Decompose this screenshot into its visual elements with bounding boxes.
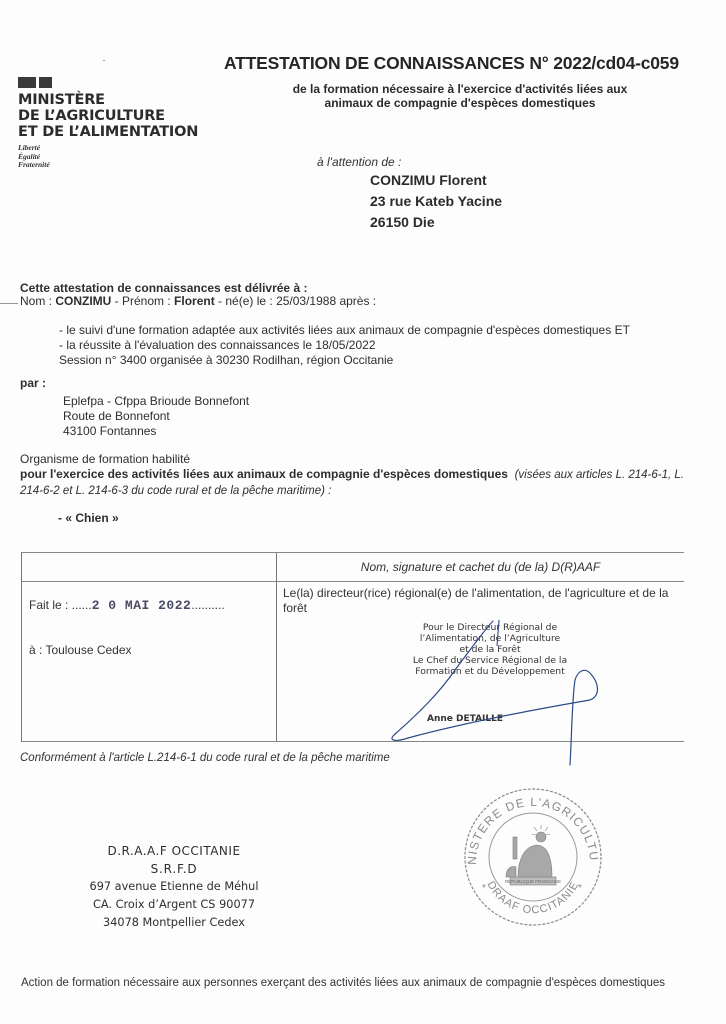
director-title: Le(la) directeur(rice) régional(e) de l'… <box>283 586 678 616</box>
subtitle-line-1: de la formation nécessaire à l'exercice … <box>260 82 660 96</box>
org-name: Eplefpa - Cfppa Brioude Bonnefont <box>63 394 249 409</box>
delegation-line: Formation et du Développement <box>370 666 610 677</box>
activities-text: pour l'exercice des activités liées aux … <box>20 467 508 481</box>
holder-first-name: Florent <box>174 294 215 308</box>
training-organisation: Eplefpa - Cfppa Brioude Bonnefont Route … <box>63 394 249 439</box>
criteria-item: - la réussite à l'évaluation des connais… <box>59 338 630 353</box>
scan-speck <box>103 60 105 61</box>
table-divider <box>276 553 277 741</box>
delegation-line: et de la Forêt <box>370 644 610 655</box>
prenom-label: - Prénom : <box>111 294 174 308</box>
svg-text:*: * <box>578 883 582 894</box>
sender-address: D.R.A.A.F OCCITANIE S.R.F.D 697 avenue E… <box>74 842 274 932</box>
ministry-line: MINISTÈRE <box>18 92 198 108</box>
attention-label: à l'attention de : <box>317 155 401 169</box>
habilitation-label: Organisme de formation habilité <box>20 452 190 467</box>
republic-motto: Liberté Égalité Fraternité <box>18 144 198 170</box>
species-item: - « Chien » <box>58 511 119 526</box>
issue-date-stamp: 2 0 MAI 2022 <box>92 598 192 613</box>
sender-box: CA. Croix d’Argent CS 90077 <box>74 896 274 914</box>
ministry-line: DE L’AGRICULTURE <box>18 108 198 124</box>
fait-le-label: Fait le : ...... <box>29 598 92 612</box>
signer-name: Anne DETAILLE <box>427 714 503 724</box>
seal-band-text: REPUBLIQUE FRANCAISE <box>505 879 561 884</box>
nom-label: Nom : <box>20 294 55 308</box>
document-title: ATTESTATION DE CONNAISSANCES N° 2022/cd0… <box>224 53 679 74</box>
issue-place: à : Toulouse Cedex <box>29 643 132 657</box>
criteria-item: - le suivi d'une formation adaptée aux a… <box>59 323 630 338</box>
sender-city: 34078 Montpellier Cedex <box>74 914 274 932</box>
table-header-signature: Nom, signature et cachet du (de la) D(R)… <box>277 553 684 581</box>
svg-text:*: * <box>482 883 486 894</box>
holder-last-name: CONZIMU <box>55 294 111 308</box>
issue-date-field: Fait le : ......2 0 MAI 2022.......... <box>29 598 225 613</box>
birth-date: 25/03/1988 <box>276 294 336 308</box>
official-seal-icon: MINISTERE DE L'AGRICULTURE DRAAF OCCITAN… <box>458 785 608 930</box>
delegation-line: Le Chef du Service Régional de la <box>370 655 610 666</box>
recipient-city: 26150 Die <box>370 212 502 233</box>
criteria-list: - le suivi d'une formation adaptée aux a… <box>59 323 630 368</box>
sender-street: 697 avenue Etienne de Méhul <box>74 878 274 896</box>
habilitation-scope: pour l'exercice des activités liées aux … <box>20 467 685 499</box>
table-divider <box>22 581 684 582</box>
motto-line: Fraternité <box>18 161 198 170</box>
holder-identity: Nom : CONZIMU - Prénom : Florent - né(e)… <box>20 294 376 309</box>
ministry-name: MINISTÈRE DE L’AGRICULTURE ET DE L’ALIME… <box>18 92 198 140</box>
conformity-note: Conformément à l'article L.214-6-1 du co… <box>20 752 390 764</box>
sender-org: D.R.A.A.F OCCITANIE <box>74 842 274 860</box>
birth-label: - né(e) le : <box>215 294 276 308</box>
sender-service: S.R.F.D <box>74 860 274 878</box>
signature-table: Nom, signature et cachet du (de la) D(R)… <box>21 552 684 742</box>
session-info: Session n° 3400 organisée à 30230 Rodilh… <box>59 353 630 368</box>
delegation-line: Pour le Directeur Régional de <box>370 622 610 633</box>
ministry-logo: MINISTÈRE DE L’AGRICULTURE ET DE L’ALIME… <box>18 77 198 170</box>
org-street: Route de Bonnefont <box>63 409 249 424</box>
document-subtitle: de la formation nécessaire à l'exercice … <box>260 82 660 110</box>
recipient-address: CONZIMU Florent 23 rue Kateb Yacine 2615… <box>370 170 502 233</box>
par-label: par : <box>20 376 46 391</box>
recipient-street: 23 rue Kateb Yacine <box>370 191 502 212</box>
marianne-flag-icon <box>18 77 198 88</box>
subtitle-line-2: animaux de compagnie d'espèces domestiqu… <box>260 96 660 110</box>
recipient-name: CONZIMU Florent <box>370 170 502 191</box>
after-label: après : <box>336 294 376 308</box>
ministry-line: ET DE L’ALIMENTATION <box>18 124 198 140</box>
motto-line: Liberté <box>18 144 198 153</box>
footer-note: Action de formation nécessaire aux perso… <box>21 977 665 989</box>
scan-artifact <box>0 303 18 304</box>
org-city: 43100 Fontannes <box>63 424 249 439</box>
delegation-stamp: Pour le Directeur Régional de l’Alimenta… <box>370 622 610 677</box>
dotted-fill: .......... <box>191 598 224 612</box>
delegation-line: l’Alimentation, de l’Agriculture <box>370 633 610 644</box>
